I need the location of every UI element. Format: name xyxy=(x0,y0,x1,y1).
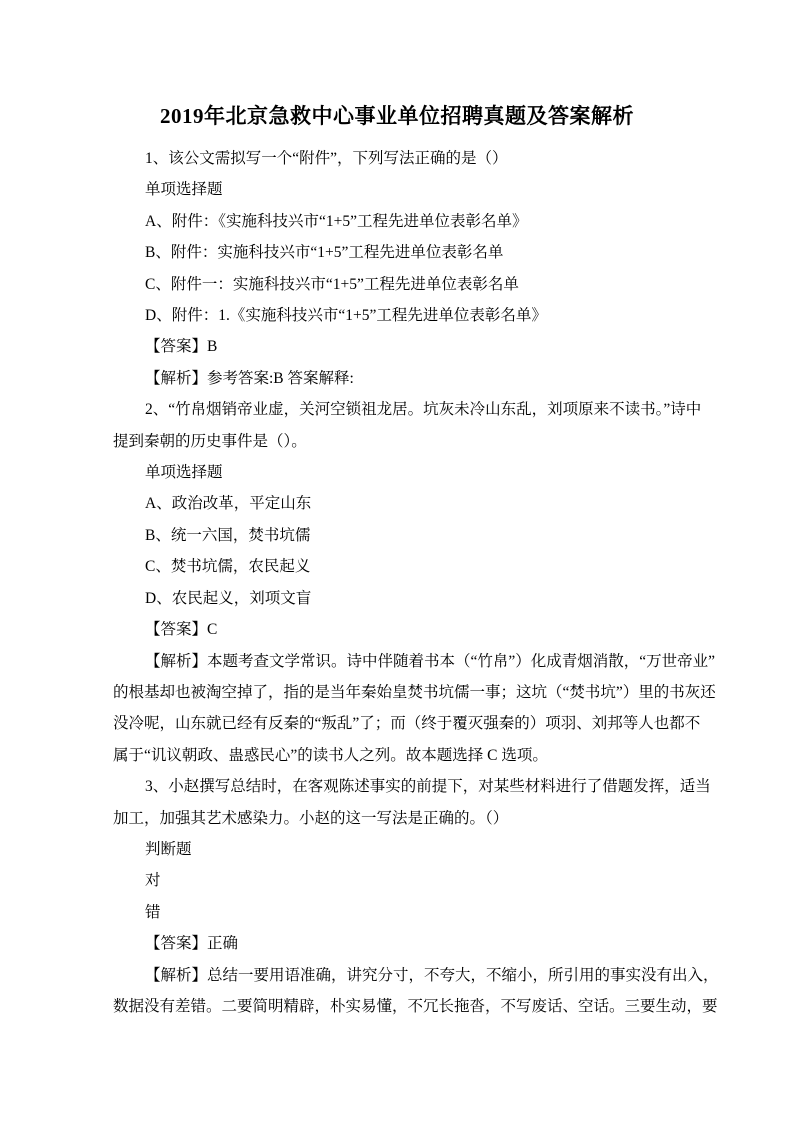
document-line: 加工，加强其艺术感染力。小赵的这一写法是正确的。（） xyxy=(113,803,684,834)
document-line: D、农民起义，刘项文盲 xyxy=(113,583,684,614)
document-line: A、政治改革，平定山东 xyxy=(113,488,684,519)
document-line: 数据没有差错。二要简明精辟，朴实易懂，不冗长拖沓，不写废话、空话。三要生动，要 xyxy=(113,991,684,1022)
document-line: 2、“竹帛烟销帝业虚，关河空锁祖龙居。坑灰未冷山东乱，刘项原来不读书。”诗中 xyxy=(113,394,684,425)
document-line: 【解析】总结一要用语准确，讲究分寸，不夸大，不缩小，所引用的事实没有出入， xyxy=(113,960,684,991)
document-title: 2019年北京急救中心事业单位招聘真题及答案解析 xyxy=(0,0,794,130)
document-line: 【答案】正确 xyxy=(113,928,684,959)
document-line: A、附件：《实施科技兴市“1+5”工程先进单位表彰名单》 xyxy=(113,206,684,237)
document-line: 3、小赵撰写总结时，在客观陈述事实的前提下，对某些材料进行了借题发挥，适当 xyxy=(113,771,684,802)
document-page: 2019年北京急救中心事业单位招聘真题及答案解析 1、该公文需拟写一个“附件”，… xyxy=(0,0,794,1123)
document-line: 对 xyxy=(113,865,684,896)
document-line: C、附件一：实施科技兴市“1+5”工程先进单位表彰名单 xyxy=(113,269,684,300)
document-line: 单项选择题 xyxy=(113,174,684,205)
document-line: 没冷呢，山东就已经有反秦的“叛乱”了；而（终于覆灭强秦的）项羽、刘邦等人也都不 xyxy=(113,708,684,739)
document-line: 属于“讥议朝政、蛊惑民心”的读书人之列。故本题选择 C 选项。 xyxy=(113,740,684,771)
document-line: D、附件：1.《实施科技兴市“1+5”工程先进单位表彰名单》 xyxy=(113,300,684,331)
document-line: 的根基却也被淘空掉了，指的是当年秦始皇焚书坑儒一事；这坑（“焚书坑”）里的书灰还 xyxy=(113,677,684,708)
document-line: 【答案】C xyxy=(113,614,684,645)
document-line: 错 xyxy=(113,897,684,928)
document-line: 单项选择题 xyxy=(113,457,684,488)
document-line: 1、该公文需拟写一个“附件”，下列写法正确的是（） xyxy=(113,143,684,174)
document-line: B、附件：实施科技兴市“1+5”工程先进单位表彰名单 xyxy=(113,237,684,268)
document-line: 提到秦朝的历史事件是（）。 xyxy=(113,426,684,457)
document-line: 【解析】本题考查文学常识。诗中伴随着书本（“竹帛”）化成青烟消散，“万世帝业” xyxy=(113,646,684,677)
document-line: B、统一六国，焚书坑儒 xyxy=(113,520,684,551)
document-body: 1、该公文需拟写一个“附件”，下列写法正确的是（）单项选择题A、附件：《实施科技… xyxy=(0,143,794,1022)
document-line: 判断题 xyxy=(113,834,684,865)
document-line: C、焚书坑儒，农民起义 xyxy=(113,551,684,582)
document-line: 【解析】参考答案:B 答案解释: xyxy=(113,363,684,394)
document-line: 【答案】B xyxy=(113,331,684,362)
